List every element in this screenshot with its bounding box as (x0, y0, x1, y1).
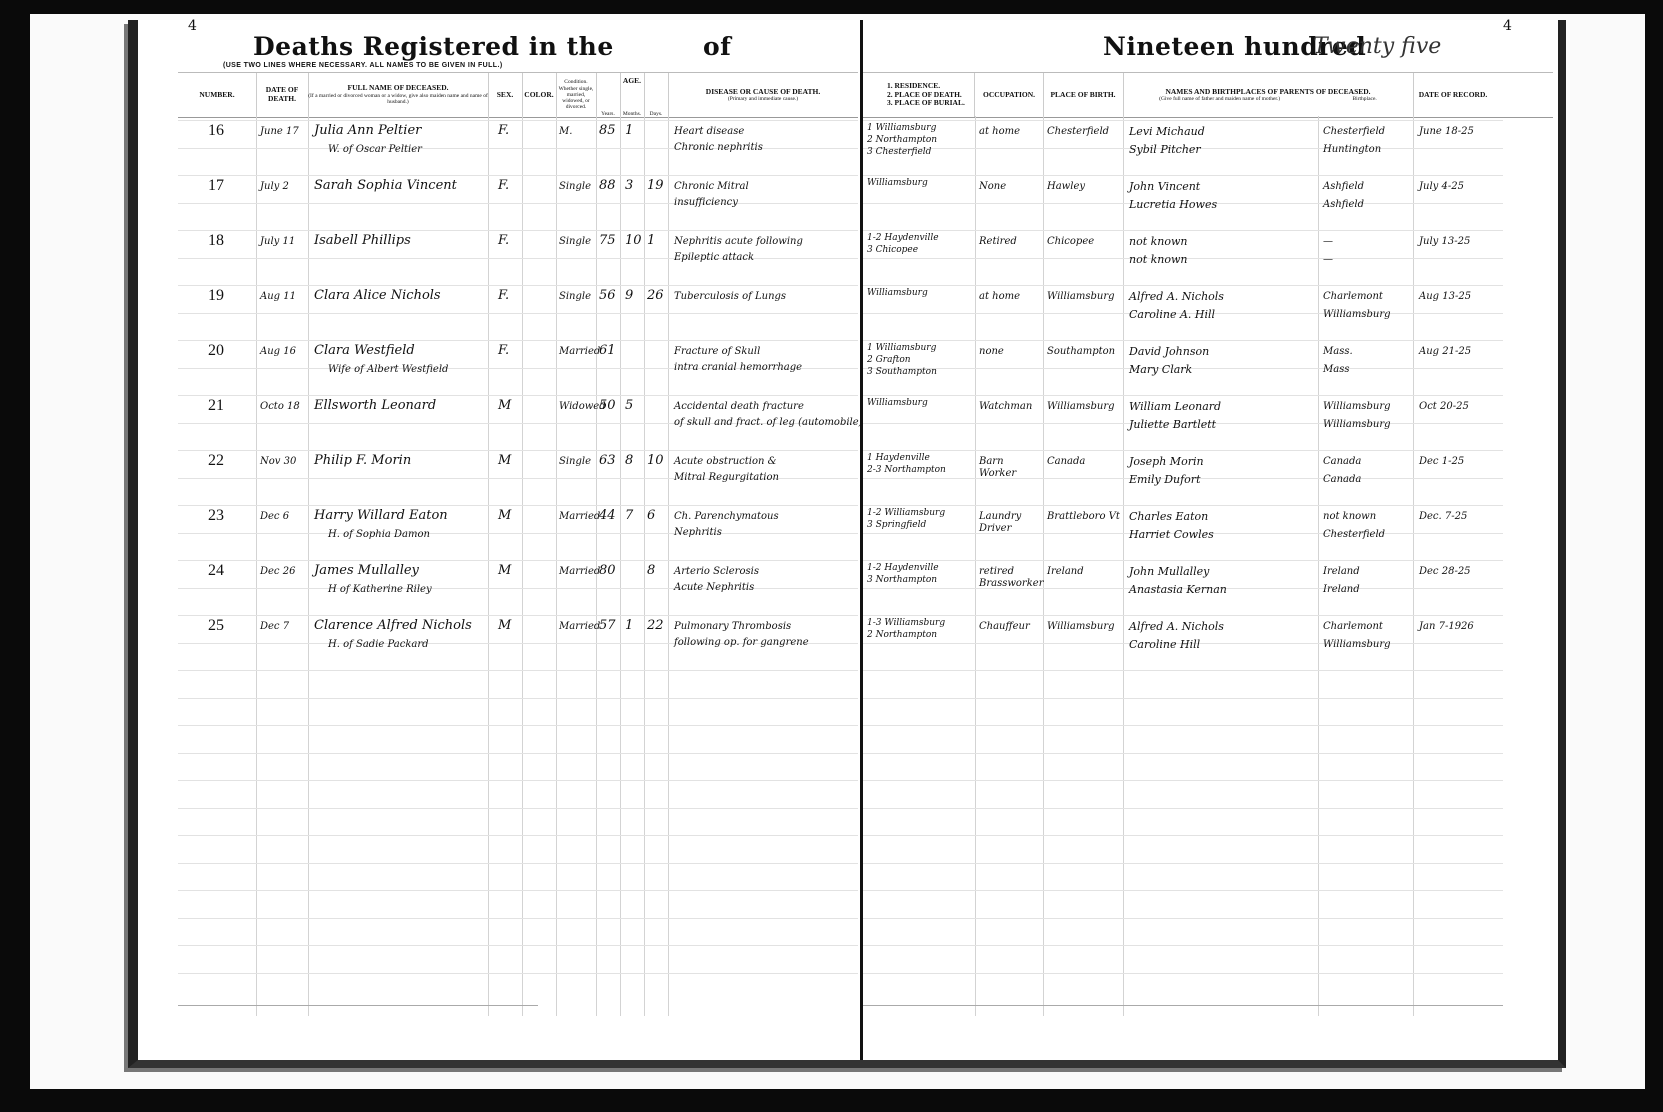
entry-number: 17 (208, 177, 224, 195)
cause-primary: Pulmonary Thrombosis (674, 621, 791, 633)
deceased-name: Clara Westfield (314, 342, 415, 360)
condition: Married (559, 511, 600, 523)
deceased-name: Isabell Phillips (314, 232, 411, 250)
date-of-record: Aug 13-25 (1419, 291, 1471, 303)
father-name: David Johnson (1129, 346, 1209, 358)
place-of-birth: Chesterfield (1047, 126, 1109, 138)
cause-secondary: insufficiency (674, 197, 738, 209)
age-days: 19 (647, 177, 664, 195)
deceased-name: James Mullalley (314, 562, 419, 580)
table-row: 17July 2Sarah Sophia VincentF.Single8831… (178, 177, 858, 232)
table-row: Williamsburgat homeWilliamsburgAlfred A.… (863, 287, 1553, 342)
father-birthplace: Williamsburg (1323, 401, 1391, 413)
father-name: Alfred A. Nichols (1129, 621, 1224, 633)
date-of-death: July 2 (260, 181, 289, 193)
mother-birthplace: Canada (1323, 474, 1361, 486)
residence: Williamsburg (867, 287, 928, 299)
cause-primary: Nephritis acute following (674, 236, 803, 248)
age-months: 9 (625, 287, 633, 305)
right-page: 4 Nineteen hundred Twenty five 1. RESIDE… (860, 20, 1553, 1060)
cause-primary: Ch. Parenchymatous (674, 511, 779, 523)
header-age-years: Years. (596, 73, 621, 117)
ruled-line (178, 863, 858, 864)
deceased-spouse: W. of Oscar Peltier (328, 144, 422, 156)
cause-primary: Chronic Mitral (674, 181, 749, 193)
cause-secondary: of skull and fract. of leg (automobile) (674, 417, 863, 429)
ruled-line (178, 725, 858, 726)
occupation: at home (979, 126, 1041, 138)
mother-name: Mary Clark (1129, 364, 1192, 376)
date-of-death: Dec 7 (260, 621, 289, 633)
place-of-death: 2-3 Northampton (867, 464, 946, 476)
age-days: 6 (647, 507, 655, 525)
table-row: 22Nov 30Philip F. MorinMSingle63810Acute… (178, 452, 858, 507)
father-birthplace: Ireland (1323, 566, 1360, 578)
sex: M (498, 507, 511, 525)
header-age-months: AGE.Months. (620, 73, 645, 117)
bottom-rule (863, 1005, 1503, 1006)
deceased-name: Philip F. Morin (314, 452, 411, 470)
table-row: 23Dec 6Harry Willard EatonH. of Sophia D… (178, 507, 858, 562)
deceased-spouse: H of Katherine Riley (328, 584, 432, 596)
place-of-birth: Hawley (1047, 181, 1085, 193)
mother-birthplace: — (1323, 254, 1333, 266)
sex: F. (498, 232, 509, 250)
ruled-line (863, 698, 1503, 699)
cause-primary: Acute obstruction & (674, 456, 777, 468)
cause-primary: Fracture of Skull (674, 346, 760, 358)
deceased-name: Sarah Sophia Vincent (314, 177, 457, 195)
place-of-death: 2 Northampton (867, 134, 937, 146)
table-row: 1-2 Williamsburg3 SpringfieldLaundry Dri… (863, 507, 1553, 562)
father-name: Charles Eaton (1129, 511, 1208, 523)
place-of-death: 3 Chicopee (867, 244, 918, 256)
father-birthplace: Canada (1323, 456, 1361, 468)
page-title-left: Deaths Registered in the (253, 32, 614, 61)
header-full-name: FULL NAME OF DECEASED.(If a married or d… (308, 73, 489, 117)
date-of-death: Dec 6 (260, 511, 289, 523)
residence: 1 Williamsburg (867, 122, 936, 134)
condition: Single (559, 236, 591, 248)
table-row: 19Aug 11Clara Alice NicholsF.Single56926… (178, 287, 858, 342)
date-of-record: Jan 7-1926 (1419, 621, 1474, 633)
age-years: 88 (599, 177, 616, 195)
table-row: 1-2 Haydenville3 Northamptonretired Bras… (863, 562, 1553, 617)
header-sex: SEX. (488, 73, 523, 117)
place-of-death: 3 Springfield (867, 519, 926, 531)
father-birthplace: Chesterfield (1323, 126, 1385, 138)
header-occupation: OCCUPATION. (975, 73, 1044, 117)
residence: Williamsburg (867, 177, 928, 189)
entry-number: 18 (208, 232, 224, 250)
age-months: 1 (625, 617, 633, 635)
occupation: Chauffeur (979, 621, 1041, 633)
age-years: 80 (599, 562, 616, 580)
sex: F. (498, 122, 509, 140)
residence: 1-2 Haydenville (867, 232, 939, 244)
page-number-left: 4 (188, 18, 197, 34)
condition: M. (559, 126, 572, 138)
header-number: NUMBER. (178, 73, 257, 117)
occupation: None (979, 181, 1041, 193)
sex: M (498, 617, 511, 635)
mother-name: Anastasia Kernan (1129, 584, 1227, 596)
entry-number: 25 (208, 617, 224, 635)
age-months: 10 (625, 232, 642, 250)
date-of-record: Dec 28-25 (1419, 566, 1471, 578)
ruled-line (178, 945, 858, 946)
place-of-birth: Williamsburg (1047, 291, 1115, 303)
sex: M (498, 562, 511, 580)
ruled-line (178, 973, 858, 974)
age-years: 50 (599, 397, 616, 415)
condition: Single (559, 181, 591, 193)
header-row-left: NUMBER. DATE OF DEATH. FULL NAME OF DECE… (178, 72, 858, 118)
date-of-death: Octo 18 (260, 401, 300, 413)
ruled-line (863, 120, 1503, 121)
condition: Married (559, 346, 600, 358)
age-days: 22 (647, 617, 664, 635)
age-years: 61 (599, 342, 616, 360)
age-years: 57 (599, 617, 616, 635)
ledger-book: 4 Deaths Registered in the of (USE TWO L… (128, 20, 1566, 1068)
header-date-of-death: DATE OF DEATH. (256, 73, 309, 117)
cause-secondary: Nephritis (674, 527, 722, 539)
mother-birthplace: Mass (1323, 364, 1349, 376)
mother-name: Caroline A. Hill (1129, 309, 1215, 321)
ruled-line (178, 890, 858, 891)
ruled-line (863, 725, 1503, 726)
table-row: WilliamsburgWatchmanWilliamsburgWilliam … (863, 397, 1553, 452)
date-of-record: July 4-25 (1419, 181, 1464, 193)
father-birthplace: — (1323, 236, 1333, 248)
table-row: 1 Williamsburg2 Northampton3 Chesterfiel… (863, 122, 1553, 177)
condition: Married (559, 566, 600, 578)
ruled-line (178, 120, 858, 121)
place-of-death: 2 Grafton (867, 354, 911, 366)
deceased-spouse: Wife of Albert Westfield (328, 364, 448, 376)
place-of-birth: Canada (1047, 456, 1085, 468)
header-color: COLOR. (522, 73, 557, 117)
age-months: 8 (625, 452, 633, 470)
header-residence: 1. RESIDENCE.2. PLACE OF DEATH.3. PLACE … (863, 73, 975, 117)
table-row: 1 Williamsburg2 Grafton3 Southamptonnone… (863, 342, 1553, 397)
condition: Single (559, 456, 591, 468)
mother-birthplace: Chesterfield (1323, 529, 1385, 541)
ruled-line (178, 698, 858, 699)
father-birthplace: Charlemont (1323, 621, 1383, 633)
age-months: 5 (625, 397, 633, 415)
header-date-of-record: DATE OF RECORD. (1413, 73, 1493, 117)
deceased-name: Harry Willard Eaton (314, 507, 448, 525)
header-parents: NAMES AND BIRTHPLACES OF PARENTS OF DECE… (1123, 73, 1414, 117)
place-of-birth: Ireland (1047, 566, 1084, 578)
page-title-of: of (703, 32, 731, 61)
table-row: WilliamsburgNoneHawleyJohn VincentLucret… (863, 177, 1553, 232)
ruled-line (178, 808, 858, 809)
table-row: 16June 17Julia Ann PeltierW. of Oscar Pe… (178, 122, 858, 177)
cause-primary: Arterio Sclerosis (674, 566, 759, 578)
table-row: 1-2 Haydenville3 ChicopeeRetiredChicopee… (863, 232, 1553, 287)
mother-name: not known (1129, 254, 1188, 266)
ruled-line (863, 918, 1503, 919)
sex: F. (498, 177, 509, 195)
date-of-death: Nov 30 (260, 456, 296, 468)
ruled-line (178, 753, 858, 754)
father-name: not known (1129, 236, 1188, 248)
residence: Williamsburg (867, 397, 928, 409)
cause-secondary: Epileptic attack (674, 252, 754, 264)
occupation: none (979, 346, 1041, 358)
date-of-record: Oct 20-25 (1419, 401, 1469, 413)
ruled-line (863, 890, 1503, 891)
age-years: 85 (599, 122, 616, 140)
date-of-death: Aug 16 (260, 346, 296, 358)
cause-secondary: Acute Nephritis (674, 582, 754, 594)
father-name: William Leonard (1129, 401, 1221, 413)
ruled-line (863, 780, 1503, 781)
deceased-name: Julia Ann Peltier (314, 122, 421, 140)
age-days: 26 (647, 287, 664, 305)
header-condition: Condition. Whether single, married, wido… (556, 73, 597, 117)
age-years: 44 (599, 507, 616, 525)
father-name: Alfred A. Nichols (1129, 291, 1224, 303)
residence: 1-3 Williamsburg (867, 617, 945, 629)
father-name: John Mullalley (1129, 566, 1209, 578)
age-years: 63 (599, 452, 616, 470)
deceased-spouse: H. of Sophia Damon (328, 529, 430, 541)
father-birthplace: Mass. (1323, 346, 1353, 358)
date-of-record: Dec 1-25 (1419, 456, 1464, 468)
place-of-death: 2 Northampton (867, 629, 937, 641)
occupation: Watchman (979, 401, 1041, 413)
header-row-right: 1. RESIDENCE.2. PLACE OF DEATH.3. PLACE … (863, 72, 1553, 118)
ruled-line (863, 753, 1503, 754)
cause-secondary: Mitral Regurgitation (674, 472, 779, 484)
ruled-line (863, 945, 1503, 946)
entry-number: 20 (208, 342, 224, 360)
ruled-line (178, 918, 858, 919)
residence: 1-2 Haydenville (867, 562, 939, 574)
header-age-days: Days. (644, 73, 669, 117)
cause-secondary: Chronic nephritis (674, 142, 763, 154)
condition: Single (559, 291, 591, 303)
ruled-line (178, 780, 858, 781)
sex: F. (498, 342, 509, 360)
place-of-birth: Williamsburg (1047, 621, 1115, 633)
condition: Married (559, 621, 600, 633)
mother-name: Lucretia Howes (1129, 199, 1217, 211)
occupation: at home (979, 291, 1041, 303)
occupation: Retired (979, 236, 1041, 248)
mother-name: Caroline Hill (1129, 639, 1200, 651)
age-days: 10 (647, 452, 664, 470)
entry-number: 19 (208, 287, 224, 305)
table-row: 20Aug 16Clara WestfieldWife of Albert We… (178, 342, 858, 397)
cause-secondary: intra cranial hemorrhage (674, 362, 802, 374)
entry-number: 16 (208, 122, 224, 140)
mother-birthplace: Williamsburg (1323, 419, 1391, 431)
deceased-name: Clarence Alfred Nichols (314, 617, 472, 635)
residence: 1 Williamsburg (867, 342, 936, 354)
entry-number: 21 (208, 397, 224, 415)
date-of-record: Aug 21-25 (1419, 346, 1471, 358)
ruled-line (178, 835, 858, 836)
date-of-death: Dec 26 (260, 566, 295, 578)
sex: M (498, 452, 511, 470)
father-name: Joseph Morin (1129, 456, 1204, 468)
deceased-spouse: H. of Sadie Packard (328, 639, 429, 651)
residence: 1-2 Williamsburg (867, 507, 945, 519)
cause-secondary: following op. for gangrene (674, 637, 809, 649)
date-of-record: June 18-25 (1419, 126, 1474, 138)
age-days: 1 (647, 232, 655, 250)
mother-name: Juliette Bartlett (1129, 419, 1216, 431)
date-of-death: Aug 11 (260, 291, 296, 303)
left-page: 4 Deaths Registered in the of (USE TWO L… (178, 20, 858, 1060)
age-days: 8 (647, 562, 655, 580)
mother-name: Sybil Pitcher (1129, 144, 1201, 156)
father-name: John Vincent (1129, 181, 1200, 193)
entry-number: 23 (208, 507, 224, 525)
age-months: 7 (625, 507, 633, 525)
cause-primary: Accidental death fracture (674, 401, 804, 413)
date-of-death: July 11 (260, 236, 295, 248)
sex: F. (498, 287, 509, 305)
occupation: Laundry Driver (979, 511, 1041, 535)
header-place-of-birth: PLACE OF BIRTH. (1043, 73, 1124, 117)
date-of-record: Dec. 7-25 (1419, 511, 1467, 523)
table-row: 25Dec 7Clarence Alfred NicholsH. of Sadi… (178, 617, 858, 672)
table-row: 21Octo 18Ellsworth LeonardMWidowed505Acc… (178, 397, 858, 452)
bottom-rule (178, 1005, 538, 1006)
table-row: 24Dec 26James MullalleyH of Katherine Ri… (178, 562, 858, 617)
place-of-birth: Southampton (1047, 346, 1115, 358)
table-row: 18July 11Isabell PhillipsF.Single75101Ne… (178, 232, 858, 287)
ruled-line (863, 835, 1503, 836)
age-months: 3 (625, 177, 633, 195)
mother-birthplace: Williamsburg (1323, 639, 1391, 651)
date-of-record: July 13-25 (1419, 236, 1470, 248)
place-of-birth: Chicopee (1047, 236, 1094, 248)
place-of-birth: Brattleboro Vt (1047, 511, 1120, 523)
place-of-death: 3 Northampton (867, 574, 937, 586)
father-name: Levi Michaud (1129, 126, 1205, 138)
mother-birthplace: Ashfield (1323, 199, 1364, 211)
ruled-line (863, 973, 1503, 974)
age-years: 56 (599, 287, 616, 305)
sex: M (498, 397, 511, 415)
place-of-burial: 3 Southampton (867, 366, 937, 378)
mother-name: Emily Dufort (1129, 474, 1200, 486)
page-number-right: 4 (1503, 18, 1512, 34)
entry-number: 22 (208, 452, 224, 470)
entry-number: 24 (208, 562, 224, 580)
occupation: retired Brassworker (979, 566, 1041, 590)
ruled-line (863, 863, 1503, 864)
cause-primary: Heart disease (674, 126, 744, 138)
age-months: 1 (625, 122, 633, 140)
place-of-birth: Williamsburg (1047, 401, 1115, 413)
table-row: 1 Haydenville2-3 NorthamptonBarn WorkerC… (863, 452, 1553, 507)
age-years: 75 (599, 232, 616, 250)
header-disease: DISEASE OR CAUSE OF DEATH.(Primary and i… (668, 73, 858, 117)
father-birthplace: not known (1323, 511, 1376, 523)
occupation: Barn Worker (979, 456, 1041, 480)
father-birthplace: Ashfield (1323, 181, 1364, 193)
cause-primary: Tuberculosis of Lungs (674, 291, 786, 303)
mother-birthplace: Williamsburg (1323, 309, 1391, 321)
date-of-death: June 17 (260, 126, 299, 138)
father-birthplace: Charlemont (1323, 291, 1383, 303)
place-of-burial: 3 Chesterfield (867, 146, 931, 158)
table-row: 1-3 Williamsburg2 NorthamptonChauffeurWi… (863, 617, 1553, 672)
ruled-line (863, 808, 1503, 809)
deceased-name: Ellsworth Leonard (314, 397, 436, 415)
instruction-note: (USE TWO LINES WHERE NECESSARY. ALL NAME… (223, 62, 503, 69)
residence: 1 Haydenville (867, 452, 930, 464)
mother-birthplace: Huntington (1323, 144, 1381, 156)
mother-birthplace: Ireland (1323, 584, 1360, 596)
year-handwritten: Twenty five (1313, 34, 1441, 59)
deceased-name: Clara Alice Nichols (314, 287, 441, 305)
mother-name: Harriet Cowles (1129, 529, 1214, 541)
